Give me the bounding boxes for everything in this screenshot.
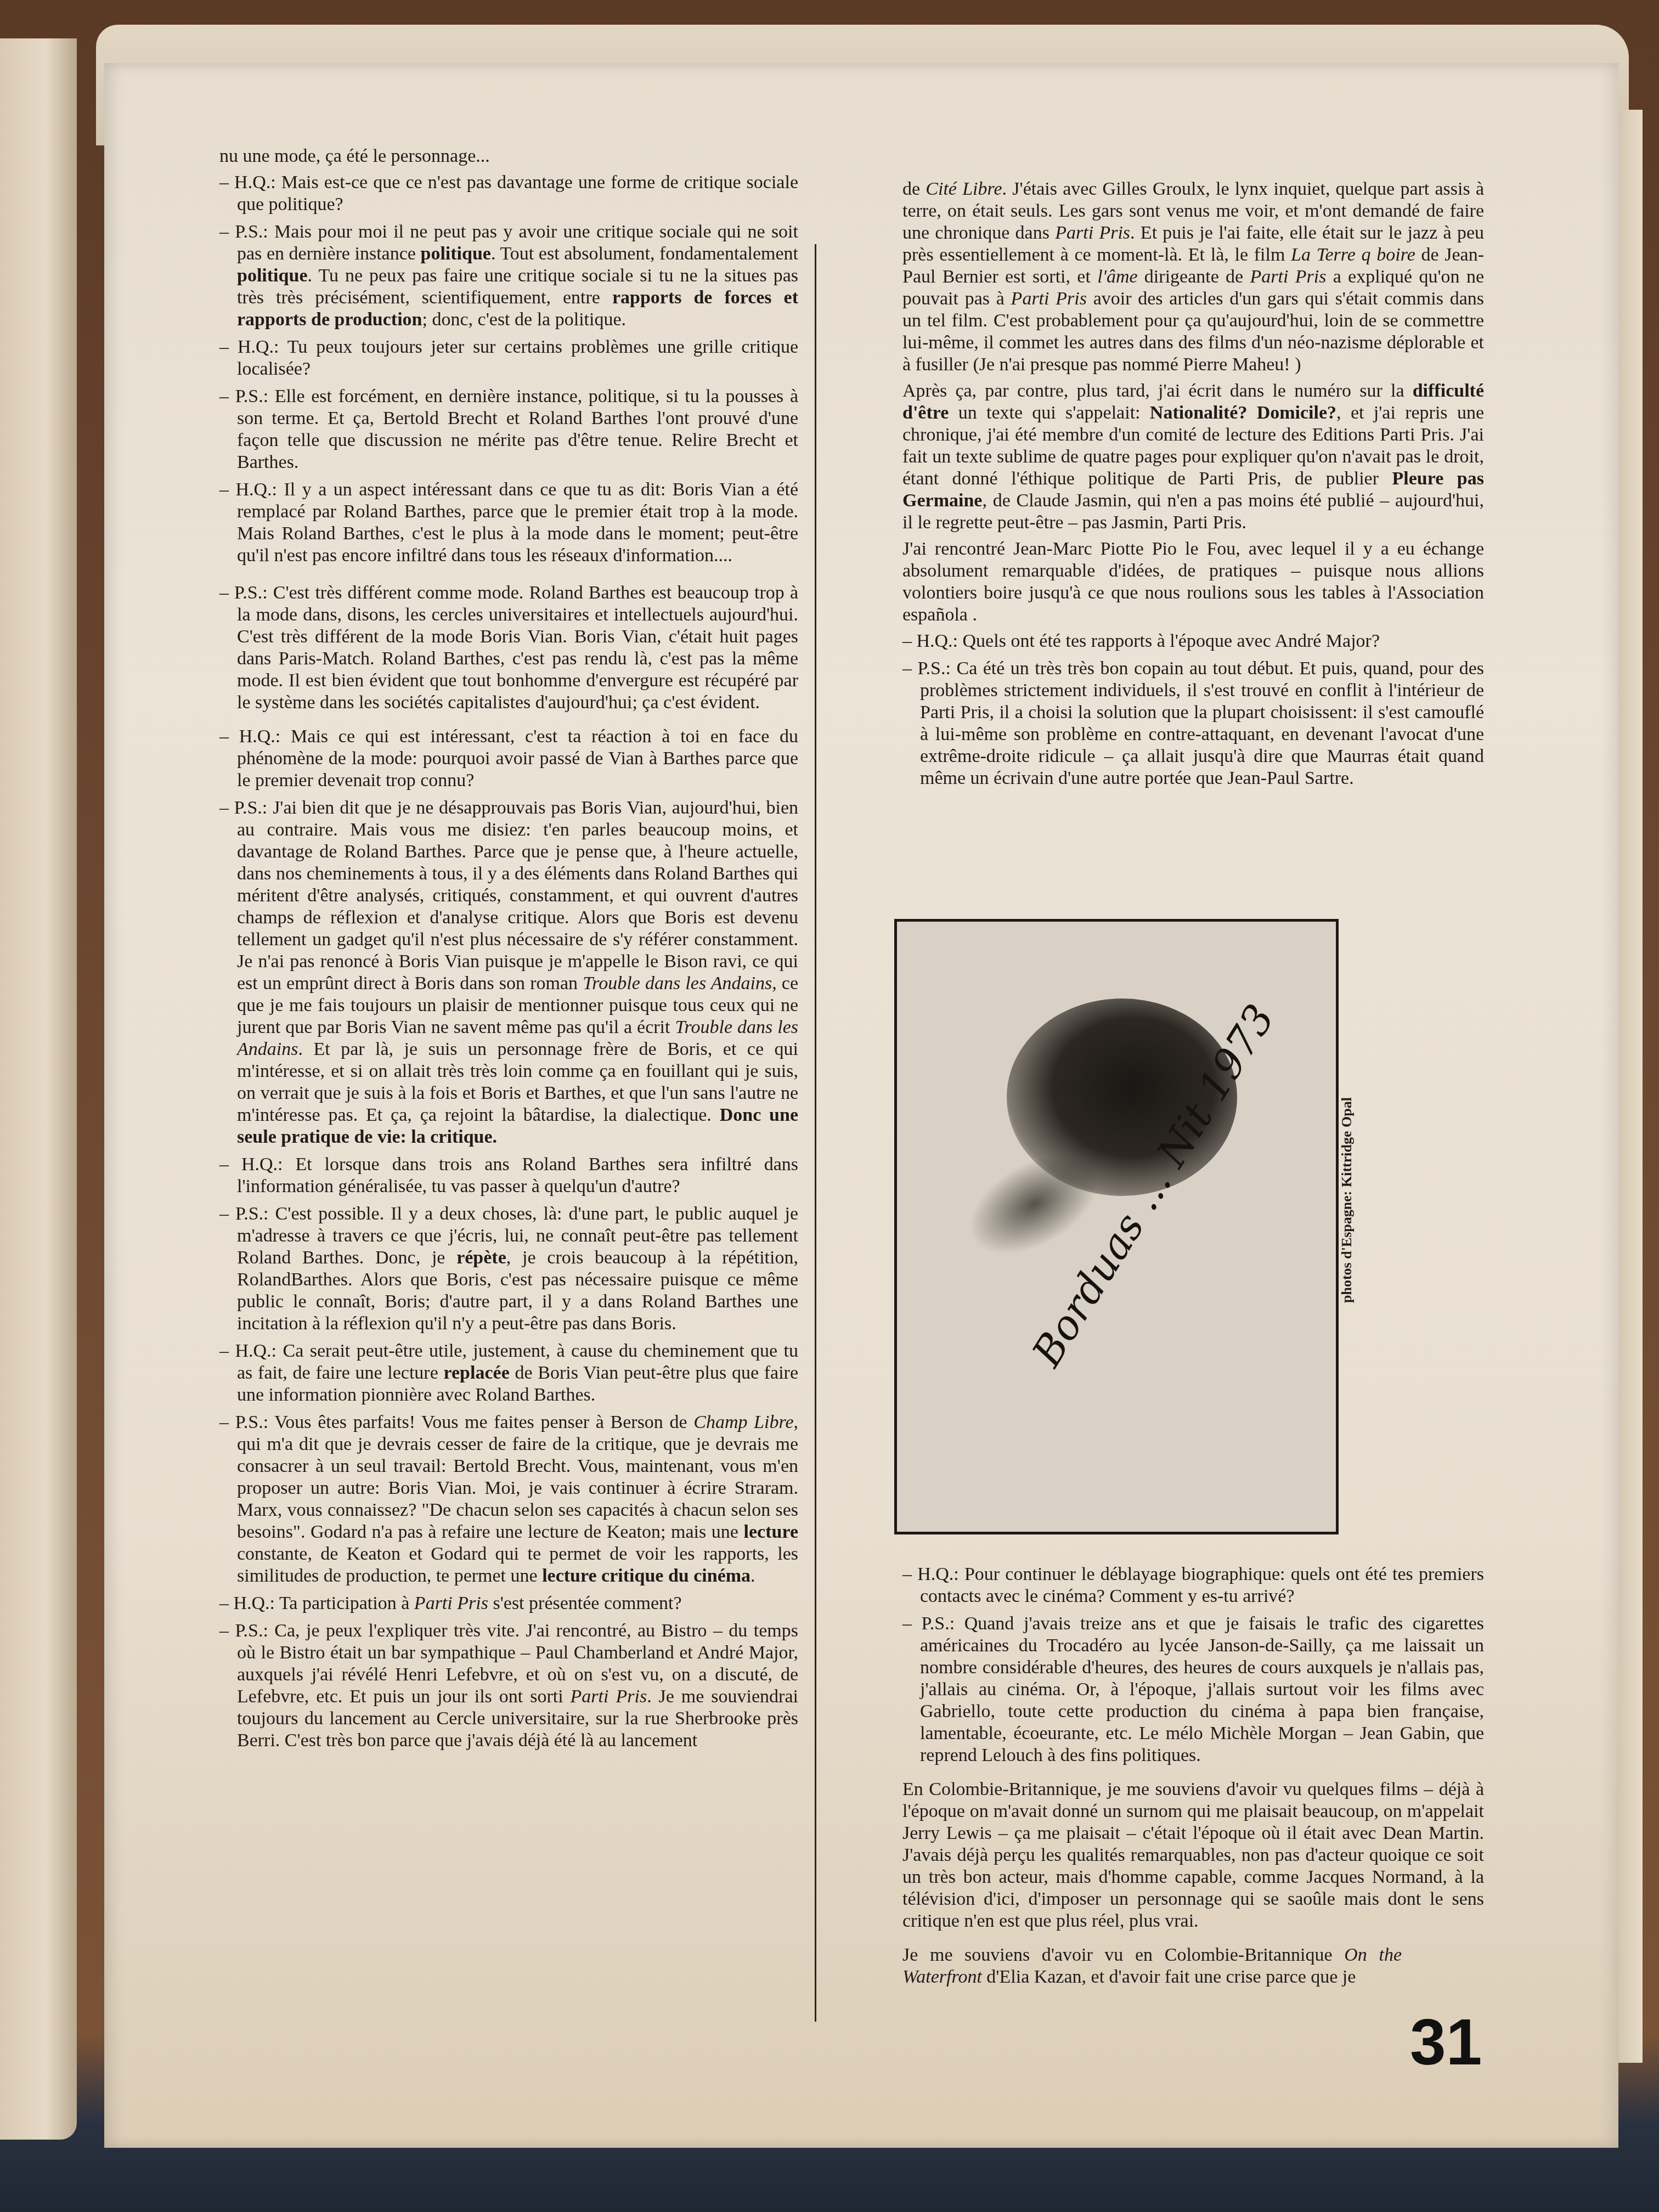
page-number: 31 (1410, 2005, 1482, 2080)
speaker-label: – P.S.: (219, 583, 268, 603)
speaker-label: – H.Q.: (219, 1341, 276, 1361)
interview-answer: – P.S.: Mais pour moi il ne peut pas y a… (219, 221, 798, 331)
newspaper-page: nu une mode, ça été le personnage... – H… (104, 63, 1618, 2148)
speaker-label: – P.S.: (219, 798, 267, 818)
facing-page-edge (0, 38, 77, 2140)
left-column: nu une mode, ça été le personnage... – H… (219, 145, 798, 1757)
right-column-upper: de Cité Libre. J'étais avec Gilles Groul… (902, 178, 1484, 795)
interview-question: – H.Q.: Mais est-ce que ce n'est pas dav… (219, 172, 798, 216)
interview-question: – H.Q.: Pour continuer le déblayage biog… (902, 1564, 1484, 1607)
speaker-label: – H.Q.: (219, 479, 277, 500)
speaker-label: – H.Q.: (219, 172, 276, 193)
paragraph: En Colombie-Britannique, je me souviens … (902, 1779, 1484, 1932)
interview-question: – H.Q.: Mais ce qui est intéressant, c'e… (219, 726, 798, 792)
speaker-label: – P.S.: (902, 1613, 955, 1634)
interview-question: – H.Q.: Il y a un aspect intéressant dan… (219, 479, 798, 567)
speaker-label: – H.Q.: (219, 337, 279, 357)
interview-question: – H.Q.: Ca serait peut-être utile, juste… (219, 1340, 798, 1406)
speaker-label: – P.S.: (219, 1412, 268, 1432)
column-divider-rule (815, 244, 816, 2022)
interview-answer: – P.S.: C'est possible. Il y a deux chos… (219, 1203, 798, 1335)
interview-answer: – P.S.: Ca été un très très bon copain a… (902, 658, 1484, 789)
speaker-label: – P.S.: (219, 1204, 269, 1224)
speaker-label: – H.Q.: (219, 726, 280, 747)
photo-credit: photos d'Espagne: Kittridge Opal (1339, 1097, 1355, 1303)
right-column-lower: – H.Q.: Pour continuer le déblayage biog… (902, 1564, 1484, 1993)
interview-question: – H.Q.: Ta participation à Parti Pris s'… (219, 1593, 798, 1615)
speaker-label: – P.S.: (219, 386, 268, 407)
paragraph: nu une mode, ça été le personnage... (219, 145, 798, 167)
interview-question: – H.Q.: Et lorsque dans trois ans Roland… (219, 1154, 798, 1198)
interview-answer: – P.S.: Vous êtes parfaits! Vous me fait… (219, 1412, 798, 1587)
speaker-label: – P.S.: (219, 1621, 268, 1641)
paragraph: J'ai rencontré Jean-Marc Piotte Pio le F… (902, 538, 1484, 626)
paragraph: Je me souviens d'avoir vu en Colombie-Br… (902, 1944, 1484, 1988)
interview-question: – H.Q.: Tu peux toujours jeter sur certa… (219, 336, 798, 380)
paragraph: de Cité Libre. J'étais avec Gilles Groul… (902, 178, 1484, 376)
interview-answer: – P.S.: Ca, je peux l'expliquer très vit… (219, 1620, 798, 1752)
paragraph: Après ça, par contre, plus tard, j'ai éc… (902, 380, 1484, 534)
interview-answer: – P.S.: Elle est forcément, en dernière … (219, 386, 798, 473)
speaker-label: – H.Q.: (902, 631, 958, 651)
speaker-label: – P.S.: (219, 222, 268, 242)
interview-answer: – P.S.: C'est très différent comme mode.… (219, 582, 798, 714)
photo-frame: Borduas ... Nit 1973 (894, 919, 1339, 1534)
interview-question: – H.Q.: Quels ont été tes rapports à l'é… (902, 630, 1484, 652)
interview-answer: – P.S.: Quand j'avais treize ans et que … (902, 1613, 1484, 1767)
speaker-label: – H.Q.: (219, 1593, 275, 1613)
speaker-label: – H.Q.: (902, 1564, 959, 1584)
interview-answer: – P.S.: J'ai bien dit que je ne désappro… (219, 797, 798, 1148)
speaker-label: – H.Q.: (219, 1154, 283, 1175)
speaker-label: – P.S.: (902, 658, 951, 679)
